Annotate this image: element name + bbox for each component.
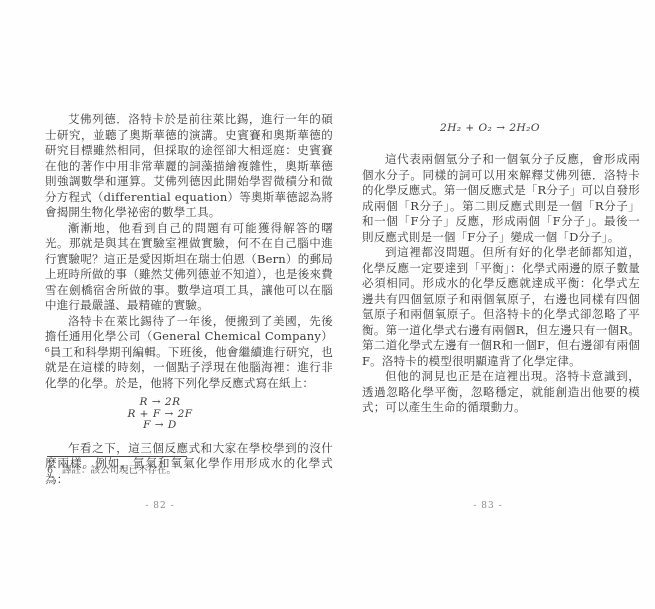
lotka-equation-1: R → 2R	[45, 397, 275, 409]
left-paragraph-2: 漸漸地，他看到自己的問題有可能獲得解答的曙光。那就是與其在實驗室裡做實驗，何不在…	[45, 221, 333, 314]
lotka-equations-block: R → 2R R + F → 2F F → D	[45, 397, 275, 432]
right-paragraph-3: 但他的洞見也正是在這裡出現。洛特卡意識到，透過忽略化學平衡，忽略穩定，就能創造出…	[362, 369, 640, 416]
water-equation-block: 2H₂ + O₂ → 2H₂O	[362, 116, 618, 135]
page-number-right: - 83 -	[362, 501, 614, 511]
book-spread: 艾佛列德．洛特卡於是前往萊比錫，進行一年的碩士研究，並聽了奧斯華德的演講。史賓賽…	[0, 0, 655, 609]
right-paragraph-2: 到這裡都沒問題。但所有好的化學老師都知道，化學反應一定要達到「平衡」：化學式兩邊…	[362, 245, 640, 369]
footnote-divider	[47, 456, 187, 457]
footnote-text: 譯註：該公司現已不存在。	[62, 465, 176, 476]
left-paragraph-3: 洛特卡在萊比錫待了一年後，便搬到了美國，先後擔任通用化學公司（General C…	[45, 314, 333, 392]
right-paragraph-1: 這代表兩個氫分子和一個氧分子反應，會形成兩個水分子。同樣的詞可以用來解釋艾佛列德…	[362, 152, 640, 245]
footnote-marker: 6	[47, 464, 53, 477]
page-right: 2H₂ + O₂ → 2H₂O 這代表兩個氫分子和一個氧分子反應，會形成兩個水分…	[362, 116, 640, 416]
lotka-equation-3: F → D	[45, 420, 275, 432]
footnote: 6譯註：該公司現已不存在。	[47, 464, 333, 477]
water-equation: 2H₂ + O₂ → 2H₂O	[440, 122, 540, 134]
page-left: 艾佛列德．洛特卡於是前往萊比錫，進行一年的碩士研究，並聽了奧斯華德的演講。史賓賽…	[45, 112, 333, 487]
left-paragraph-1: 艾佛列德．洛特卡於是前往萊比錫，進行一年的碩士研究，並聽了奧斯華德的演講。史賓賽…	[45, 112, 333, 221]
page-number-left: - 82 -	[45, 501, 275, 511]
